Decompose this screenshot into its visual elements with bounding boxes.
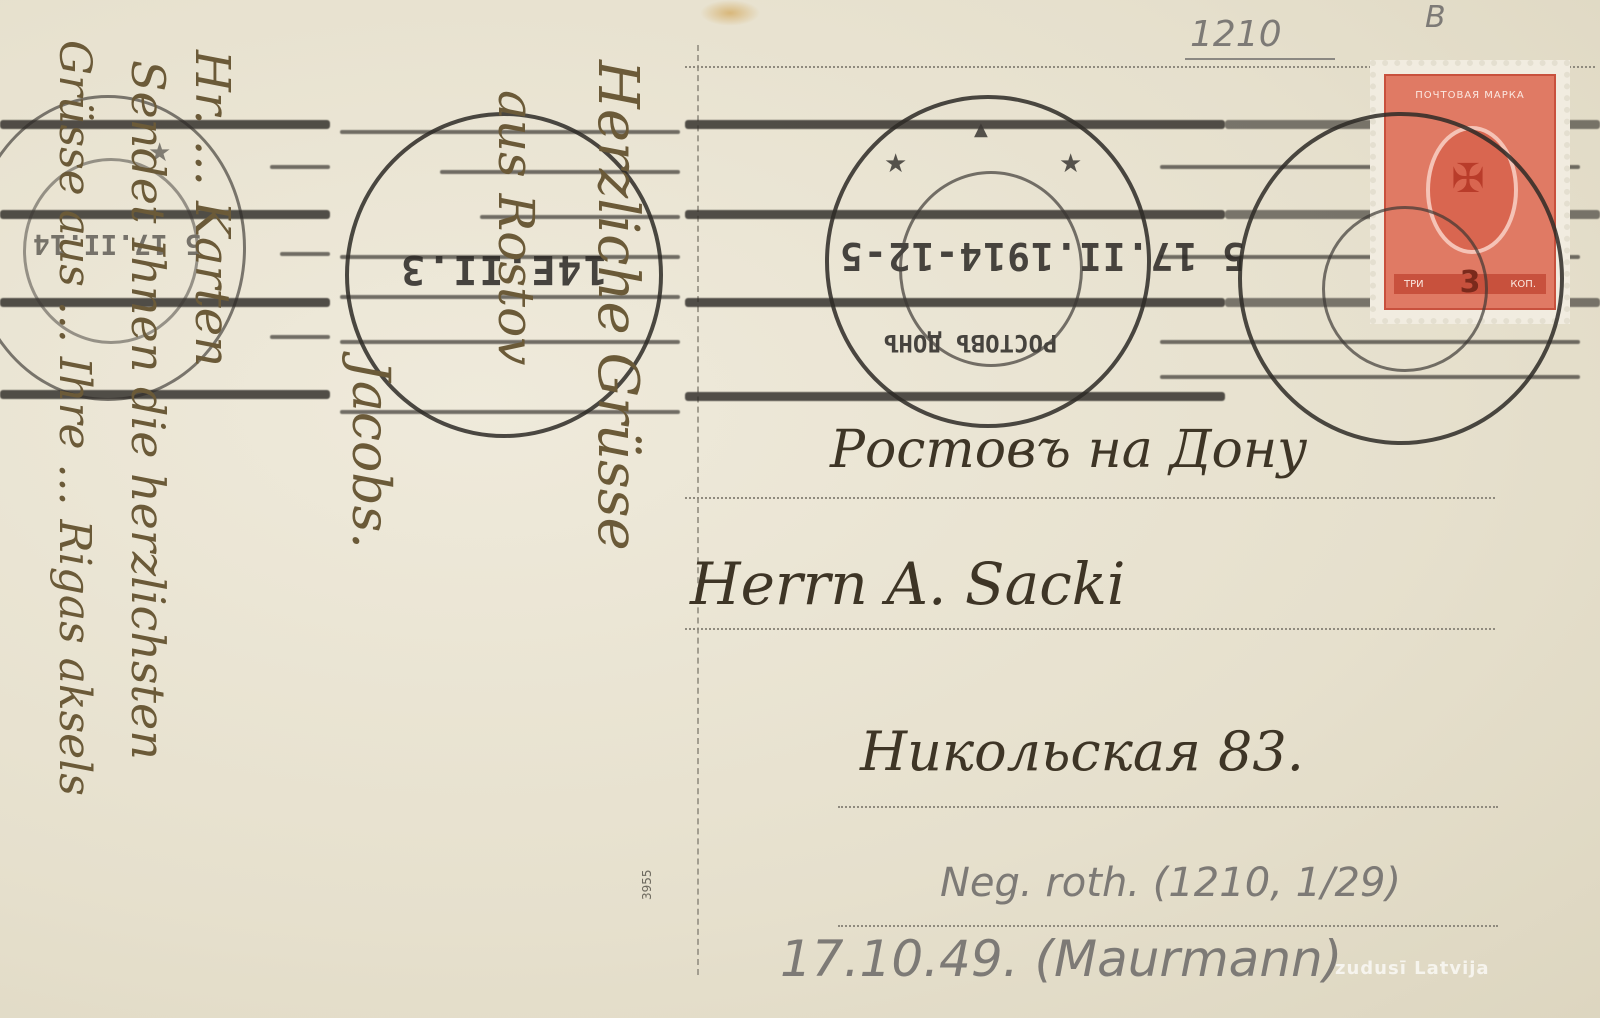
address-city: Ростовъ на Дону [830, 420, 1307, 480]
watermark: zudusī Latvija [1335, 958, 1490, 979]
address-rule-4 [838, 806, 1498, 808]
archive-note-date: 17.10.49. (Maurmann) [780, 930, 1342, 988]
message-line: Herzliche Grüsse [585, 60, 650, 551]
center-divider [697, 45, 699, 975]
catalog-letter: B [1425, 0, 1446, 35]
catalog-underline [1185, 58, 1335, 60]
cancel-bar [280, 252, 330, 256]
postmark-rostov: ★ ★ ▲ 5 17.II.1914-12-5 РОСТОВЪ ДОНЪ [825, 95, 1151, 428]
catalog-number: 1210 [1190, 14, 1282, 55]
address-rule-5 [838, 925, 1498, 927]
message-line: aus Rostov [487, 90, 545, 365]
archive-note-negative: Neg. roth. (1210, 1/29) [940, 860, 1401, 906]
address-rule-3 [685, 628, 1495, 630]
postmark-location: РОСТОВЪ ДОНЪ [884, 329, 1057, 357]
message-line: Sendet Ihnen die herzlichsten [121, 60, 175, 760]
postmark-date: 5 17.II.1914-12-5 [839, 234, 1245, 278]
address-street: Никольская 83. [860, 720, 1304, 783]
address-recipient: Herrn A. Sacki [690, 550, 1125, 618]
address-rule-2 [685, 497, 1495, 499]
cancel-bar [270, 335, 330, 339]
stamp-header: ПОЧТОВАЯ МАРКА [1386, 90, 1554, 101]
message-line: Hr. ... Karten [184, 50, 240, 367]
paper-stain [700, 0, 760, 26]
postmark-stamp [1238, 112, 1564, 445]
message-line: Jacobs. [340, 360, 400, 549]
message-line: Grüsse aus ... Ihre ... Rigas aksels [49, 40, 100, 796]
print-number: 3955 [640, 869, 654, 900]
cancel-bar [270, 165, 330, 169]
postcard: 1210 B ★ 5 17.II.14 14E.II.3 ★ [0, 0, 1600, 1018]
